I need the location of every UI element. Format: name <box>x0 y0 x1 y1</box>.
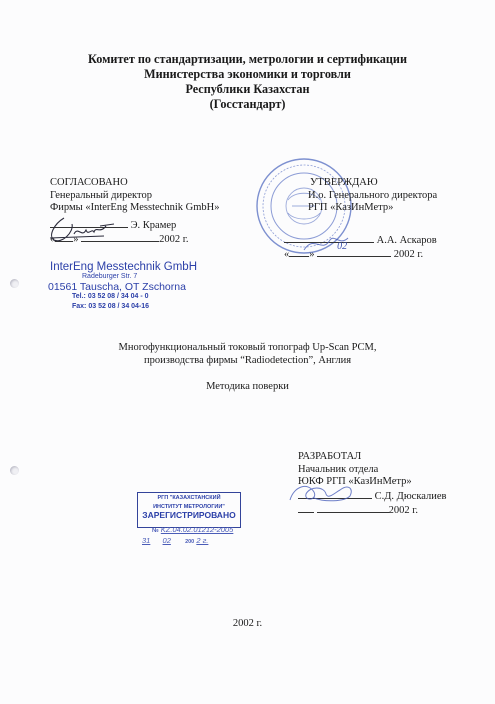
approved-name: А.А. Аскаров <box>377 235 437 246</box>
signature-kramer <box>44 214 124 248</box>
signature-dyuskaliev <box>284 478 364 508</box>
reg-org-line1: РГП "КАЗАХСТАНСКИЙ <box>138 493 240 502</box>
footer-year: 2002 г. <box>0 617 495 630</box>
reg-number-label: № <box>152 528 159 534</box>
developed-title: РАЗРАБОТАЛ <box>298 451 447 464</box>
reg-date-year-prefix: 200 <box>185 539 194 545</box>
signature-askarov <box>300 228 360 258</box>
document-header: Комитет по стандартизации, метрологии и … <box>0 52 495 112</box>
stamp-company-name: InterEng Messtechnik GmbH <box>50 262 197 272</box>
agreed-year: 2002 г. <box>159 234 188 245</box>
agreed-company: Фирмы «InterEng Messtechnik GmbH» <box>50 202 219 215</box>
stamp-tel: Tel.: 03 52 08 / 34 04 - 0 <box>50 292 197 302</box>
header-ministry: Министерства экономики и торговли <box>0 67 495 82</box>
punch-hole-bottom <box>10 466 19 475</box>
stamp-city: 01561 Tauscha, OT Zschorna <box>48 282 197 292</box>
subject-line-2: производства фирмы “Radiodetection”, Анг… <box>0 354 495 367</box>
reg-date-year-suffix: 2 г. <box>196 536 208 545</box>
agreed-title: СОГЛАСОВАНО <box>50 177 219 190</box>
approved-position: И.о. Генерального директора <box>284 190 437 203</box>
agreed-position: Генеральный директор <box>50 190 219 203</box>
reg-org-line2: ИНСТИТУТ МЕТРОЛОГИИ" <box>138 502 240 511</box>
developed-year: 2002 г. <box>389 505 418 516</box>
registration-stamp: РГП "КАЗАХСТАНСКИЙ ИНСТИТУТ МЕТРОЛОГИИ" … <box>137 492 241 528</box>
document-type: Методика поверки <box>0 380 495 393</box>
company-stamp: InterEng Messtechnik GmbH Radeburger Str… <box>50 262 197 312</box>
reg-status: ЗАРЕГИСТРИРОВАНО <box>138 510 240 520</box>
header-republic: Республики Казахстан <box>0 82 495 97</box>
stamp-fax: Fax: 03 52 08 / 34 04-16 <box>50 302 197 312</box>
reg-number-line: № KZ.04.02.01212-2005 <box>152 525 233 534</box>
header-committee: Комитет по стандартизации, метрологии и … <box>0 52 495 67</box>
reg-date-day: 31 <box>142 536 150 545</box>
developed-position: Начальник отдела <box>298 464 447 477</box>
reg-number: KZ.04.02.01212-2005 <box>161 525 234 534</box>
agreed-name: Э. Крамер <box>131 220 177 231</box>
approved-company: РГП «КазИнМетр» <box>284 202 437 215</box>
reg-date-month: 02 <box>163 536 171 545</box>
header-gosstandart: (Госстандарт) <box>0 97 495 112</box>
punch-hole-top <box>10 279 19 288</box>
approved-title: УТВЕРЖДАЮ <box>284 177 437 190</box>
approved-year: 2002 г. <box>394 249 423 260</box>
subject-line-1: Многофункциональный токовый топограф Up-… <box>0 341 495 354</box>
reg-date-line: 31 02 200 2 г. <box>142 536 208 545</box>
developed-name: С.Д. Дюскалиев <box>375 491 447 502</box>
